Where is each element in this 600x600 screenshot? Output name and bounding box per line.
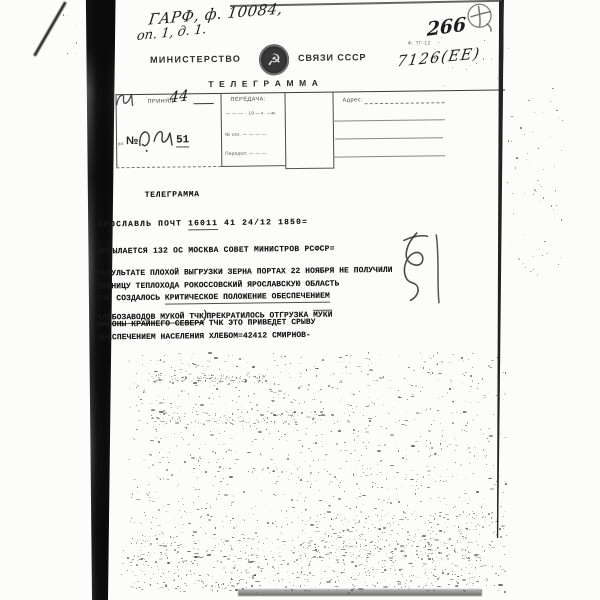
handwritten-page-number: 266: [427, 13, 466, 41]
ministry-name-right: СВЯЗИ СССР: [298, 52, 366, 63]
transfer-label: ПЕРЕДАЧА:: [231, 96, 266, 102]
text-segment: 41 24/12 1850=: [218, 218, 308, 228]
text-segment: ТЧК СОЗДАЛОСЬ: [97, 294, 165, 304]
text-segment: МУКИ: [313, 310, 333, 320]
printed-form-code: Ф. ТГ-12: [408, 40, 431, 46]
form-bottom-mid: [221, 165, 285, 167]
text-segment: РЕЗУЛЬТАТЕ ПЛОХОЙ ВЫГРУЗКИ ЗЕРНА ПОРТАХ …: [97, 266, 393, 279]
text-segment: КРИТИЧЕСКОЕ ПОЛОЖЕНИЕ ОБЕСПЕЧЕНИЕМ: [165, 292, 330, 305]
form-title-telegramma: Т Е Л Е Г Р А М М А: [208, 78, 319, 89]
handwritten-number-scribble: [136, 126, 176, 152]
form-vline-3: [284, 92, 286, 169]
handwritten-archive-reference-line1: ГАРФ, ф. 10084,: [148, 0, 285, 29]
transfer-line-1: — — — · 19 —ч. —м.: [226, 110, 277, 116]
text-segment: ОБЕСПЕЧЕНИЕМ НАСЕЛЕНИЯ ХЛЕБОМ=42412 СМИР…: [97, 331, 311, 343]
telegram-routing-line: ДОСЫЛАЕТСЯ 132 ОС МОСКВА СОВЕТ МИНИСТРОВ…: [97, 245, 334, 257]
ministry-name-left: МИНИСТЕРСТВО: [150, 54, 241, 65]
text-segment: 16011: [188, 219, 218, 230]
form-bottom-narrowcell: [285, 168, 333, 170]
telegram-body-line: ОБЕСПЕЧЕНИЕМ НАСЕЛЕНИЯ ХЛЕБОМ=42412 СМИР…: [97, 331, 311, 343]
transfer-line-3: Передал: — — —: [225, 150, 267, 156]
address-line-2: [335, 137, 443, 139]
address-label: Адрес:: [343, 97, 363, 103]
address-line-1: [333, 119, 445, 121]
scanned-telegram-page: ГАРФ, ф. 10084, оп. 1, д. 1. 266 Ф. ТГ-1…: [0, 0, 600, 600]
telegram-body-line: РАЙОНЫ КРАЙНЕГО СЕВЕРА ТЧК ЭТО ПРИВЕДЕТ …: [97, 318, 315, 330]
form-vline-2: [220, 93, 222, 167]
telegram-body-line: РЕЗУЛЬТАТЕ ПЛОХОЙ ВЫГРУЗКИ ЗЕРНА ПОРТАХ …: [97, 266, 393, 279]
page-content: ГАРФ, ф. 10084, оп. 1, д. 1. 266 Ф. ТГ-1…: [0, 0, 600, 600]
text-segment: ЯРОСЛАВЛЬ ПОЧТ: [98, 219, 188, 229]
handwritten-paraph-mark: [391, 226, 448, 313]
text-segment: РАЙОНЫ КРАЙНЕГО СЕВЕРА ТЧК ЭТО ПРИВЕДЕТ …: [97, 318, 315, 330]
received-dash: [194, 103, 214, 104]
handwritten-received-value: 44: [169, 86, 189, 106]
form-bottom-left: [116, 166, 221, 168]
address-line-0: [365, 102, 445, 104]
telegram-body-line: ТЧК СОЗДАЛОСЬ КРИТИЧЕСКОЕ ПОЛОЖЕНИЕ ОБЕС…: [97, 292, 330, 304]
handwritten-registry-mark: 7126(ЕЕ): [396, 44, 482, 71]
telegram-heading: ТЕЛЕГРАММА: [145, 190, 200, 200]
number-value: 51: [176, 134, 189, 147]
circled-cross-stamp-icon: [464, 2, 496, 34]
text-segment: ПШЕНИЦУ ТЕПЛОХОДА РОКОССОВСКИЙ ЯРОСЛАВСК…: [97, 280, 340, 292]
soviet-emblem-icon: ☭: [259, 44, 289, 75]
handwritten-scrawl-received: [113, 90, 137, 110]
handwritten-archive-reference-line2: оп. 1, д. 1.: [136, 22, 207, 44]
number-small-label: вл: [118, 141, 124, 146]
transfer-line-2: № свз. — — — —: [225, 131, 267, 137]
telegram-body-line: ПШЕНИЦУ ТЕПЛОХОДА РОКОССОВСКИЙ ЯРОСЛАВСК…: [97, 280, 340, 292]
telegram-origin-line: ЯРОСЛАВЛЬ ПОЧТ 16011 41 24/12 1850=: [98, 218, 308, 230]
address-line-3: [334, 155, 445, 157]
